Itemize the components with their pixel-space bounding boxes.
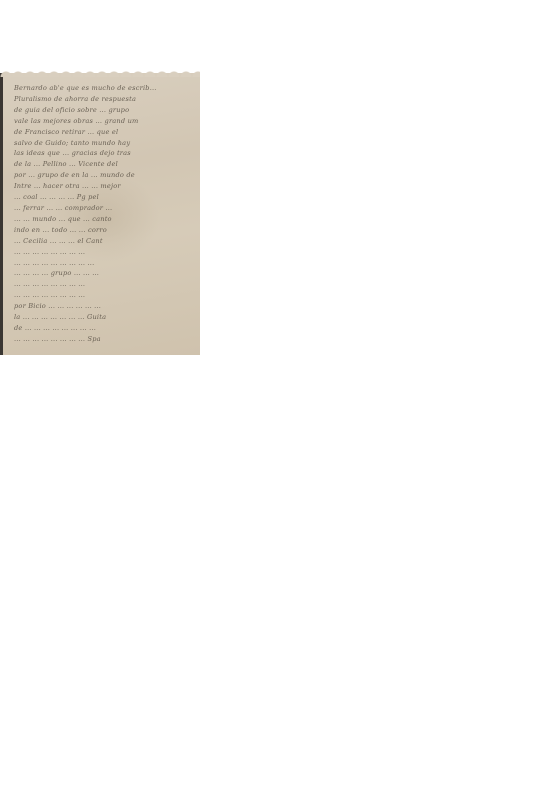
text-line: de ... ... ... ... ... ... ... ... <box>14 323 194 334</box>
text-line: ... ... ... ... ... ... ... ... <box>14 290 194 301</box>
text-line: ... ... ... ... grupo ... ... ... <box>14 268 194 279</box>
text-line: ... ferrar ... ... comprador ... <box>14 203 194 214</box>
text-line: ... ... ... ... ... ... ... ... <box>14 279 194 290</box>
text-line: salvo de Guido; tanto mundo hay <box>14 138 194 149</box>
text-line: las ideas que ... gracias dejo tras <box>14 148 194 159</box>
text-line: Intre ... hacer otra ... ... mejor <box>14 181 194 192</box>
text-line: Bernardo ab'e que es mucho de escrib... <box>14 83 194 94</box>
text-line: por Bicio ... ... ... ... ... ... <box>14 301 194 312</box>
text-line: Pluralismo de ahorra de respuesta <box>14 94 194 105</box>
text-line: ... ... ... ... ... ... ... ... Spa <box>14 334 194 345</box>
text-line: de guia del oficio sobre ... grupo <box>14 105 194 116</box>
text-line: ... ... ... ... ... ... ... ... <box>14 247 194 258</box>
handwritten-text: Bernardo ab'e que es mucho de escrib... … <box>14 83 194 345</box>
text-line: la ... ... ... ... ... ... ... Guita <box>14 312 194 323</box>
text-line: por ... grupo de en la ... mundo de <box>14 170 194 181</box>
text-line: de Francisco retirar ... que el <box>14 127 194 138</box>
torn-top-edge <box>0 69 200 77</box>
manuscript-page: Bernardo ab'e que es mucho de escrib... … <box>0 73 200 355</box>
text-line: de la ... Pellino ... Vicente del <box>14 159 194 170</box>
text-line: ... Cecilia ... ... ... el Cant <box>14 236 194 247</box>
text-line: ... ... ... ... ... ... ... ... ... <box>14 258 194 269</box>
text-line: indo en ... todo ... ... corro <box>14 225 194 236</box>
text-line: ... ... mundo ... que ... canto <box>14 214 194 225</box>
text-line: ... coal ... ... ... ... Pg pel <box>14 192 194 203</box>
text-line: vale las mejores obras ... grand um <box>14 116 194 127</box>
